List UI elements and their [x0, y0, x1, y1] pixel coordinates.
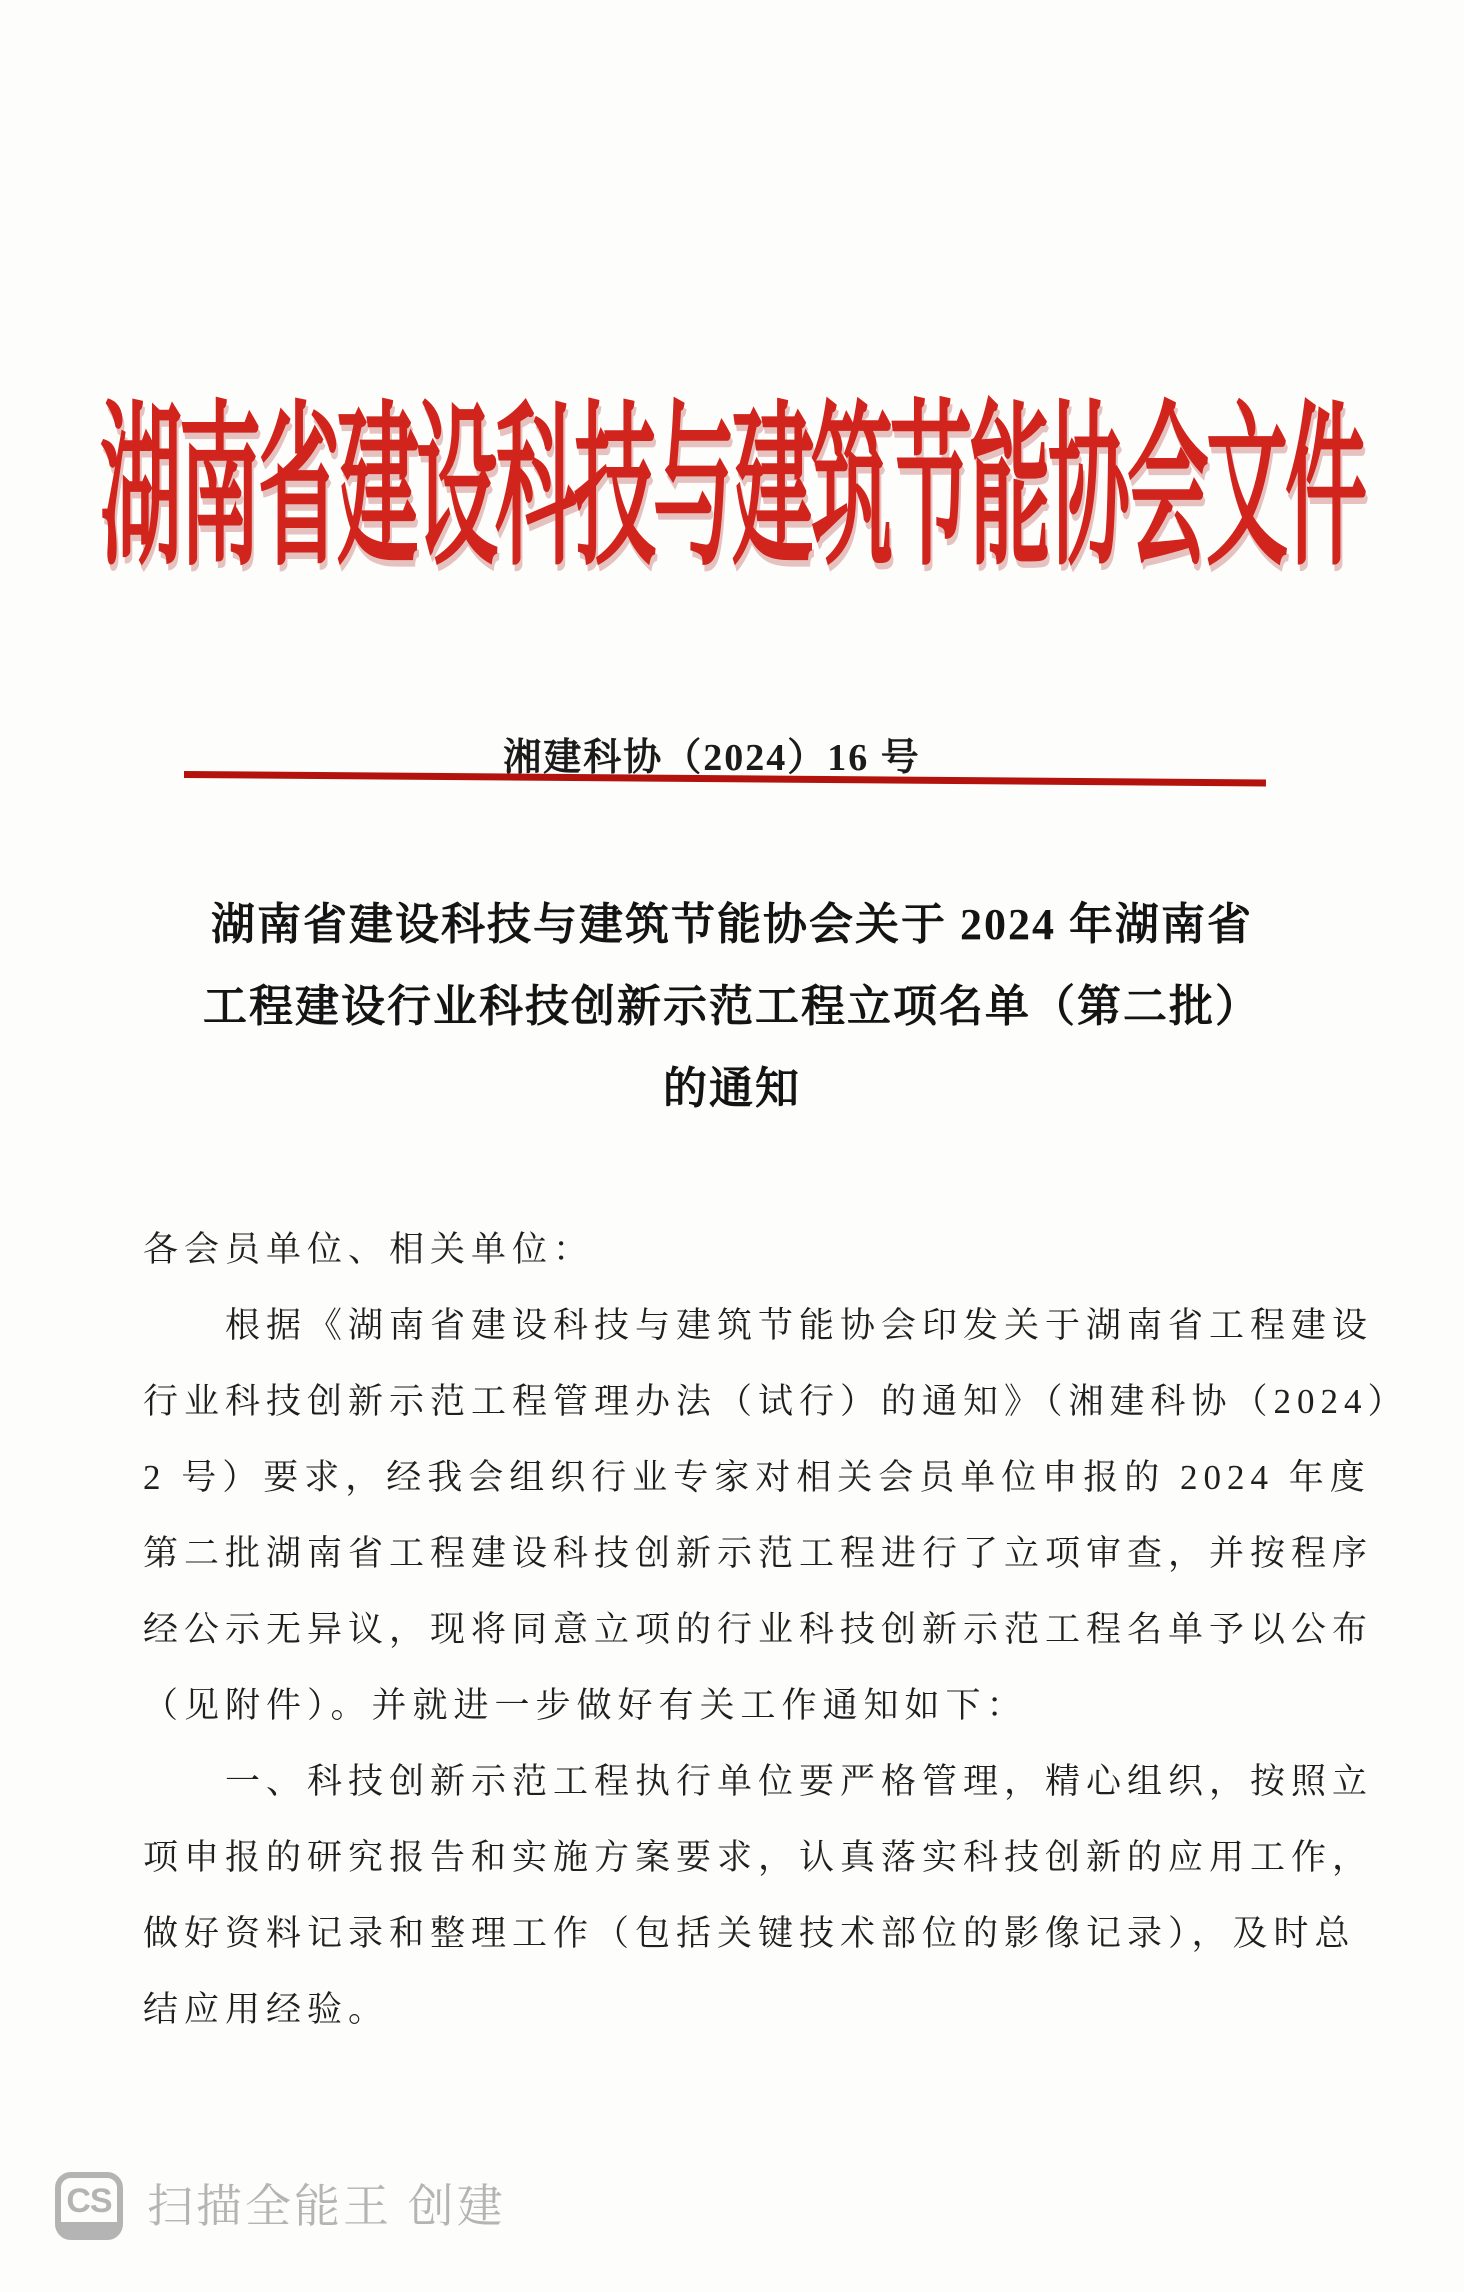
body-line: 经公示无异议，现将同意立项的行业科技创新示范工程名单予以公布	[143, 1592, 1403, 1668]
camscanner-logo-icon: CS	[55, 2172, 123, 2240]
body-line: 结应用经验。	[143, 1972, 1403, 2048]
body-line: 一、科技创新示范工程执行单位要严格管理，精心组织，按照立	[143, 1744, 1403, 1820]
body-line: 行业科技创新示范工程管理办法（试行）的通知》（湘建科协（2024）	[143, 1364, 1403, 1440]
body-line: 根据《湖南省建设科技与建筑节能协会印发关于湖南省工程建设	[143, 1288, 1403, 1364]
camscanner-watermark: CS 扫描全能王 创建	[55, 2172, 506, 2240]
camscanner-logo-letters: CS	[61, 2181, 117, 2221]
camscanner-watermark-label: 扫描全能王 创建	[147, 2172, 506, 2240]
body-line: （见附件）。并就进一步做好有关工作通知如下：	[143, 1668, 1403, 1744]
notice-body: 各会员单位、相关单位： 根据《湖南省建设科技与建筑节能协会印发关于湖南省工程建设…	[143, 1212, 1403, 2048]
scanned-document-page: 湖南省建设科技与建筑节能协会文件 湘建科协（2024）16 号 湖南省建设科技与…	[0, 0, 1464, 2292]
notice-title-line: 工程建设行业科技创新示范工程立项名单（第二批）	[0, 966, 1464, 1048]
letterhead-banner-text: 湖南省建设科技与建筑节能协会文件	[100, 402, 1364, 578]
body-line: 第二批湖南省工程建设科技创新示范工程进行了立项审查，并按程序	[143, 1516, 1403, 1592]
salutation-line: 各会员单位、相关单位：	[143, 1212, 1403, 1288]
notice-title: 湖南省建设科技与建筑节能协会关于 2024 年湖南省 工程建设行业科技创新示范工…	[0, 884, 1464, 1130]
notice-title-line: 的通知	[0, 1048, 1464, 1130]
body-line: 项申报的研究报告和实施方案要求，认真落实科技创新的应用工作，	[143, 1820, 1403, 1896]
camscanner-logo-bar	[61, 2222, 117, 2234]
letterhead-banner: 湖南省建设科技与建筑节能协会文件	[0, 402, 1464, 484]
body-line: 做好资料记录和整理工作（包括关键技术部位的影像记录），及时总	[143, 1896, 1403, 1972]
notice-title-line: 湖南省建设科技与建筑节能协会关于 2024 年湖南省	[0, 884, 1464, 966]
body-line: 2 号）要求，经我会组织行业专家对相关会员单位申报的 2024 年度	[143, 1440, 1403, 1516]
